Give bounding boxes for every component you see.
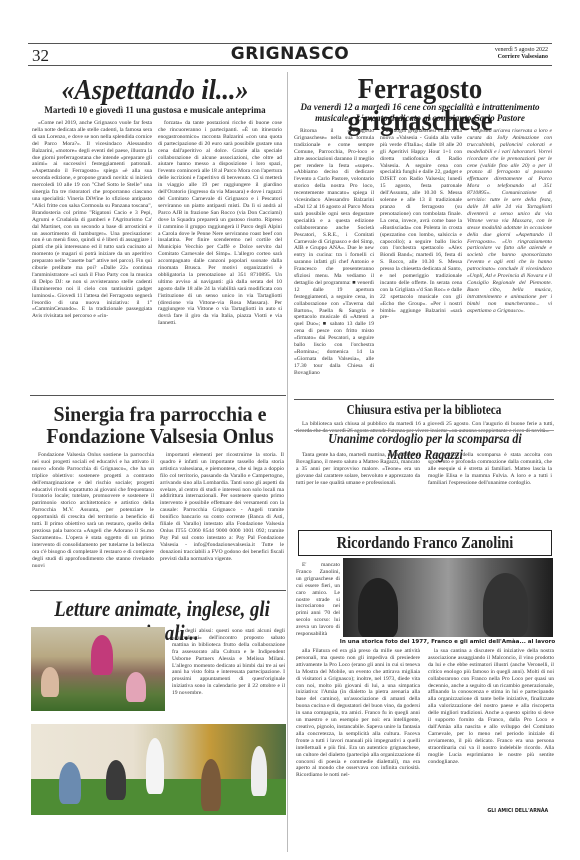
article-zanolini-col1: alla Filatura ed era già preso da mille …	[296, 648, 420, 808]
photo-zanolini-1977	[343, 558, 553, 637]
section-title: GRIGNASCO	[0, 44, 580, 64]
publication-name: Corriere Valsesiano	[495, 54, 548, 61]
article-zanolini-intro: E' mancato Franco Zanolini, un grignasch…	[296, 562, 340, 644]
headline-zanolini: Ricordando Franco Zanolini	[317, 534, 533, 552]
article-letture-text: ... degli abissi: questi sono stati alcu…	[172, 628, 285, 718]
headline-biblioteca: Chiusura estiva per la biblioteca	[322, 403, 527, 419]
subhead-aspettando: Martedì 10 e giovedì 11 una gustosa e mu…	[30, 105, 280, 116]
column-divider	[287, 72, 288, 852]
article-ferragosto-col2: ai luoghi grignaschesi citati nella nuov…	[380, 128, 462, 390]
article-aspettando-col2: forzata» da tante postazioni ricche di b…	[158, 120, 282, 385]
photo-caption: In una storica foto del 1977, Franco e g…	[335, 639, 560, 645]
article-sinergia-col2: importanti elementi per ricostruirne la …	[160, 452, 284, 580]
article-ferragosto-col3: disposta un'area riservata a loro e cura…	[467, 128, 552, 396]
article-cordoglio-col1: Tanta gente ha dato, martedì mattina, ne…	[296, 452, 420, 526]
headline-aspettando: «Aspettando il...»	[43, 74, 268, 106]
subhead-ferragosto: Da venerdì 12 a martedì 16 cene con spec…	[290, 102, 550, 124]
section-rule	[294, 399, 554, 400]
section-rule	[30, 395, 286, 396]
article-ferragosto-col1: Ritorna il «Ferragosto Grignaschese» nel…	[294, 128, 374, 390]
photo-garden-event	[31, 724, 286, 815]
signature: GLI AMICI DELL'ARNÀA	[488, 808, 549, 814]
section-rule	[294, 430, 554, 431]
headline-sinergia: Sinergia fra parrocchia e Fondazione Val…	[37, 403, 284, 447]
article-zanolini-col2: la sua cantina a discutere di iniziative…	[428, 648, 554, 806]
section-rule	[30, 590, 286, 591]
photo-children-reading	[31, 627, 165, 711]
issue-date: venerdì 5 agosto 2022	[495, 47, 548, 54]
article-sinergia-col1: Fondazione Valsesia Onlus sostiene la pa…	[32, 452, 154, 580]
dateline: venerdì 5 agosto 2022 Corriere Valsesian…	[495, 47, 548, 61]
article-aspettando-col1: «Come nel 2019, anche Grignasco vuole fa…	[32, 120, 152, 385]
article-cordoglio-col2: La notizia della scomparsa è stata accol…	[428, 452, 552, 526]
header-bottom-rule	[28, 65, 552, 66]
